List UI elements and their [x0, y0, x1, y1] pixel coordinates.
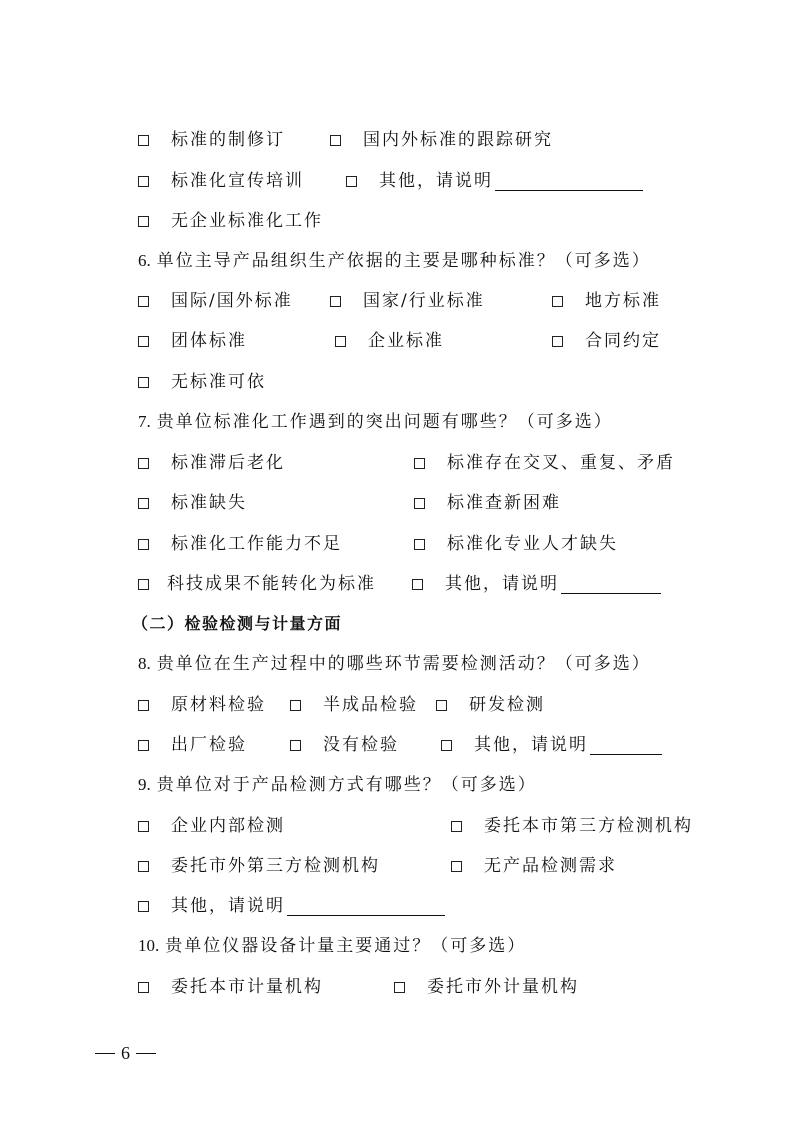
option-label: 标准化工作能力不足	[171, 532, 342, 556]
option-no-inspection[interactable]: 没有检验	[290, 733, 399, 757]
checkbox[interactable]	[138, 901, 149, 912]
checkbox[interactable]	[138, 377, 149, 388]
option-standard-revision[interactable]: 标准的制修订	[138, 128, 285, 152]
option-label: 标准化专业人才缺失	[447, 532, 618, 556]
checkbox[interactable]	[451, 821, 462, 832]
option-label: 标准滞后老化	[171, 451, 285, 475]
option-label: 合同约定	[585, 329, 661, 353]
option-label: 其他，请说明	[474, 733, 588, 757]
option-semi-finished[interactable]: 半成品检验	[290, 693, 418, 717]
checkbox[interactable]	[138, 135, 149, 146]
question-text: 贵单位仪器设备计量主要通过？（可多选）	[165, 936, 526, 956]
option-label: 其他，请说明	[379, 169, 493, 193]
checkbox[interactable]	[138, 498, 149, 509]
option-talent-shortage[interactable]: 标准化专业人才缺失	[414, 532, 618, 556]
checkbox[interactable]	[138, 740, 149, 751]
checkbox[interactable]	[138, 336, 149, 347]
option-label: 无企业标准化工作	[171, 209, 323, 233]
option-local[interactable]: 地方标准	[552, 289, 661, 313]
checkbox[interactable]	[138, 458, 149, 469]
other-blank-field[interactable]	[590, 736, 662, 755]
option-label: 团体标准	[171, 329, 247, 353]
question-10: 10.贵单位仪器设备计量主要通过？（可多选）	[138, 934, 526, 958]
option-label: 无标准可依	[171, 370, 266, 394]
checkbox[interactable]	[394, 982, 405, 993]
question-6: 6.单位主导产品组织生产依据的主要是哪种标准？（可多选）	[138, 249, 651, 273]
option-label: 标准化宣传培训	[171, 169, 304, 193]
question-number: 6.	[138, 251, 151, 270]
question-9: 9.贵单位对于产品检测方式有哪些？（可多选）	[138, 773, 537, 797]
option-label: 国际/国外标准	[171, 289, 293, 313]
option-group[interactable]: 团体标准	[138, 329, 247, 353]
option-label: 企业内部检测	[171, 814, 285, 838]
option-label: 委托市外计量机构	[427, 975, 579, 999]
checkbox[interactable]	[451, 861, 462, 872]
option-label: 国家/行业标准	[363, 289, 485, 313]
option-local-metrology[interactable]: 委托本市计量机构	[138, 975, 323, 999]
option-other[interactable]: 其他，请说明	[412, 572, 661, 596]
option-external-third-party[interactable]: 委托市外第三方检测机构	[138, 854, 380, 878]
option-label: 没有检验	[323, 733, 399, 757]
option-label: 标准查新困难	[447, 491, 561, 515]
checkbox[interactable]	[330, 296, 341, 307]
option-other[interactable]: 其他，请说明	[138, 894, 445, 918]
option-label: 科技成果不能转化为标准	[167, 572, 376, 596]
checkbox[interactable]	[290, 700, 301, 711]
option-rd-testing[interactable]: 研发检测	[436, 693, 545, 717]
option-standard-tracking[interactable]: 国内外标准的跟踪研究	[330, 128, 553, 152]
checkbox[interactable]	[138, 821, 149, 832]
option-none[interactable]: 无标准可依	[138, 370, 266, 394]
dash-decoration	[136, 1053, 156, 1054]
checkbox[interactable]	[414, 458, 425, 469]
checkbox[interactable]	[436, 700, 447, 711]
checkbox[interactable]	[552, 336, 563, 347]
option-contract[interactable]: 合同约定	[552, 329, 661, 353]
option-label: 研发检测	[469, 693, 545, 717]
option-label: 半成品检验	[323, 693, 418, 717]
checkbox[interactable]	[414, 498, 425, 509]
option-outdated[interactable]: 标准滞后老化	[138, 451, 285, 475]
checkbox[interactable]	[414, 539, 425, 550]
option-enterprise[interactable]: 企业标准	[335, 329, 444, 353]
page-number-value: 6	[121, 1043, 130, 1064]
question-number: 9.	[138, 775, 151, 794]
checkbox[interactable]	[138, 216, 149, 227]
checkbox[interactable]	[290, 740, 301, 751]
option-other[interactable]: 其他，请说明	[346, 169, 643, 193]
checkbox[interactable]	[138, 539, 149, 550]
question-text: 贵单位对于产品检测方式有哪些？（可多选）	[157, 775, 537, 795]
checkbox[interactable]	[330, 135, 341, 146]
option-publicity-training[interactable]: 标准化宣传培训	[138, 169, 304, 193]
option-factory-inspection[interactable]: 出厂检验	[138, 733, 247, 757]
question-text: 贵单位在生产过程中的哪些环节需要检测活动？（可多选）	[157, 654, 651, 674]
checkbox[interactable]	[138, 700, 149, 711]
checkbox[interactable]	[138, 579, 149, 590]
option-external-metrology[interactable]: 委托市外计量机构	[394, 975, 579, 999]
checkbox[interactable]	[441, 740, 452, 751]
page-number: 6	[95, 1043, 156, 1064]
other-blank-field[interactable]	[495, 172, 643, 191]
option-national[interactable]: 国家/行业标准	[330, 289, 485, 313]
question-8: 8.贵单位在生产过程中的哪些环节需要检测活动？（可多选）	[138, 652, 651, 676]
question-number: 10.	[138, 936, 159, 955]
checkbox[interactable]	[138, 982, 149, 993]
checkbox[interactable]	[138, 176, 149, 187]
option-lookup-difficult[interactable]: 标准查新困难	[414, 491, 561, 515]
option-label: 其他，请说明	[445, 572, 559, 596]
option-label: 国内外标准的跟踪研究	[363, 128, 553, 152]
option-label: 标准缺失	[171, 491, 247, 515]
checkbox[interactable]	[346, 176, 357, 187]
option-internal-testing[interactable]: 企业内部检测	[138, 814, 285, 838]
option-label: 委托本市计量机构	[171, 975, 323, 999]
question-number: 8.	[138, 654, 151, 673]
other-blank-field[interactable]	[561, 575, 661, 594]
option-label: 标准的制修订	[171, 128, 285, 152]
checkbox[interactable]	[412, 579, 423, 590]
option-no-standardization[interactable]: 无企业标准化工作	[138, 209, 323, 233]
question-text: 单位主导产品组织生产依据的主要是哪种标准？（可多选）	[157, 251, 651, 271]
checkbox[interactable]	[138, 861, 149, 872]
option-raw-material[interactable]: 原材料检验	[138, 693, 266, 717]
checkbox[interactable]	[335, 336, 346, 347]
option-tech-conversion[interactable]: 科技成果不能转化为标准	[138, 572, 376, 596]
checkbox[interactable]	[138, 296, 149, 307]
option-label: 原材料检验	[171, 693, 266, 717]
option-local-third-party[interactable]: 委托本市第三方检测机构	[451, 814, 693, 838]
option-other[interactable]: 其他，请说明	[441, 733, 662, 757]
option-label: 无产品检测需求	[484, 854, 617, 878]
dash-decoration	[95, 1053, 115, 1054]
option-label: 地方标准	[585, 289, 661, 313]
option-international[interactable]: 国际/国外标准	[138, 289, 293, 313]
other-blank-field[interactable]	[287, 897, 445, 916]
option-no-testing-need[interactable]: 无产品检测需求	[451, 854, 617, 878]
option-insufficient-capacity[interactable]: 标准化工作能力不足	[138, 532, 342, 556]
question-number: 7.	[138, 412, 151, 431]
question-7: 7.贵单位标准化工作遇到的突出问题有哪些？（可多选）	[138, 410, 613, 434]
section-heading: （二）检验检测与计量方面	[132, 612, 342, 636]
option-label: 出厂检验	[171, 733, 247, 757]
option-label: 委托本市第三方检测机构	[484, 814, 693, 838]
option-label: 企业标准	[368, 329, 444, 353]
option-overlap[interactable]: 标准存在交叉、重复、矛盾	[414, 451, 675, 475]
checkbox[interactable]	[552, 296, 563, 307]
option-label: 其他，请说明	[171, 894, 285, 918]
option-label: 委托市外第三方检测机构	[171, 854, 380, 878]
option-missing[interactable]: 标准缺失	[138, 491, 247, 515]
question-text: 贵单位标准化工作遇到的突出问题有哪些？（可多选）	[157, 412, 613, 432]
option-label: 标准存在交叉、重复、矛盾	[447, 451, 675, 475]
